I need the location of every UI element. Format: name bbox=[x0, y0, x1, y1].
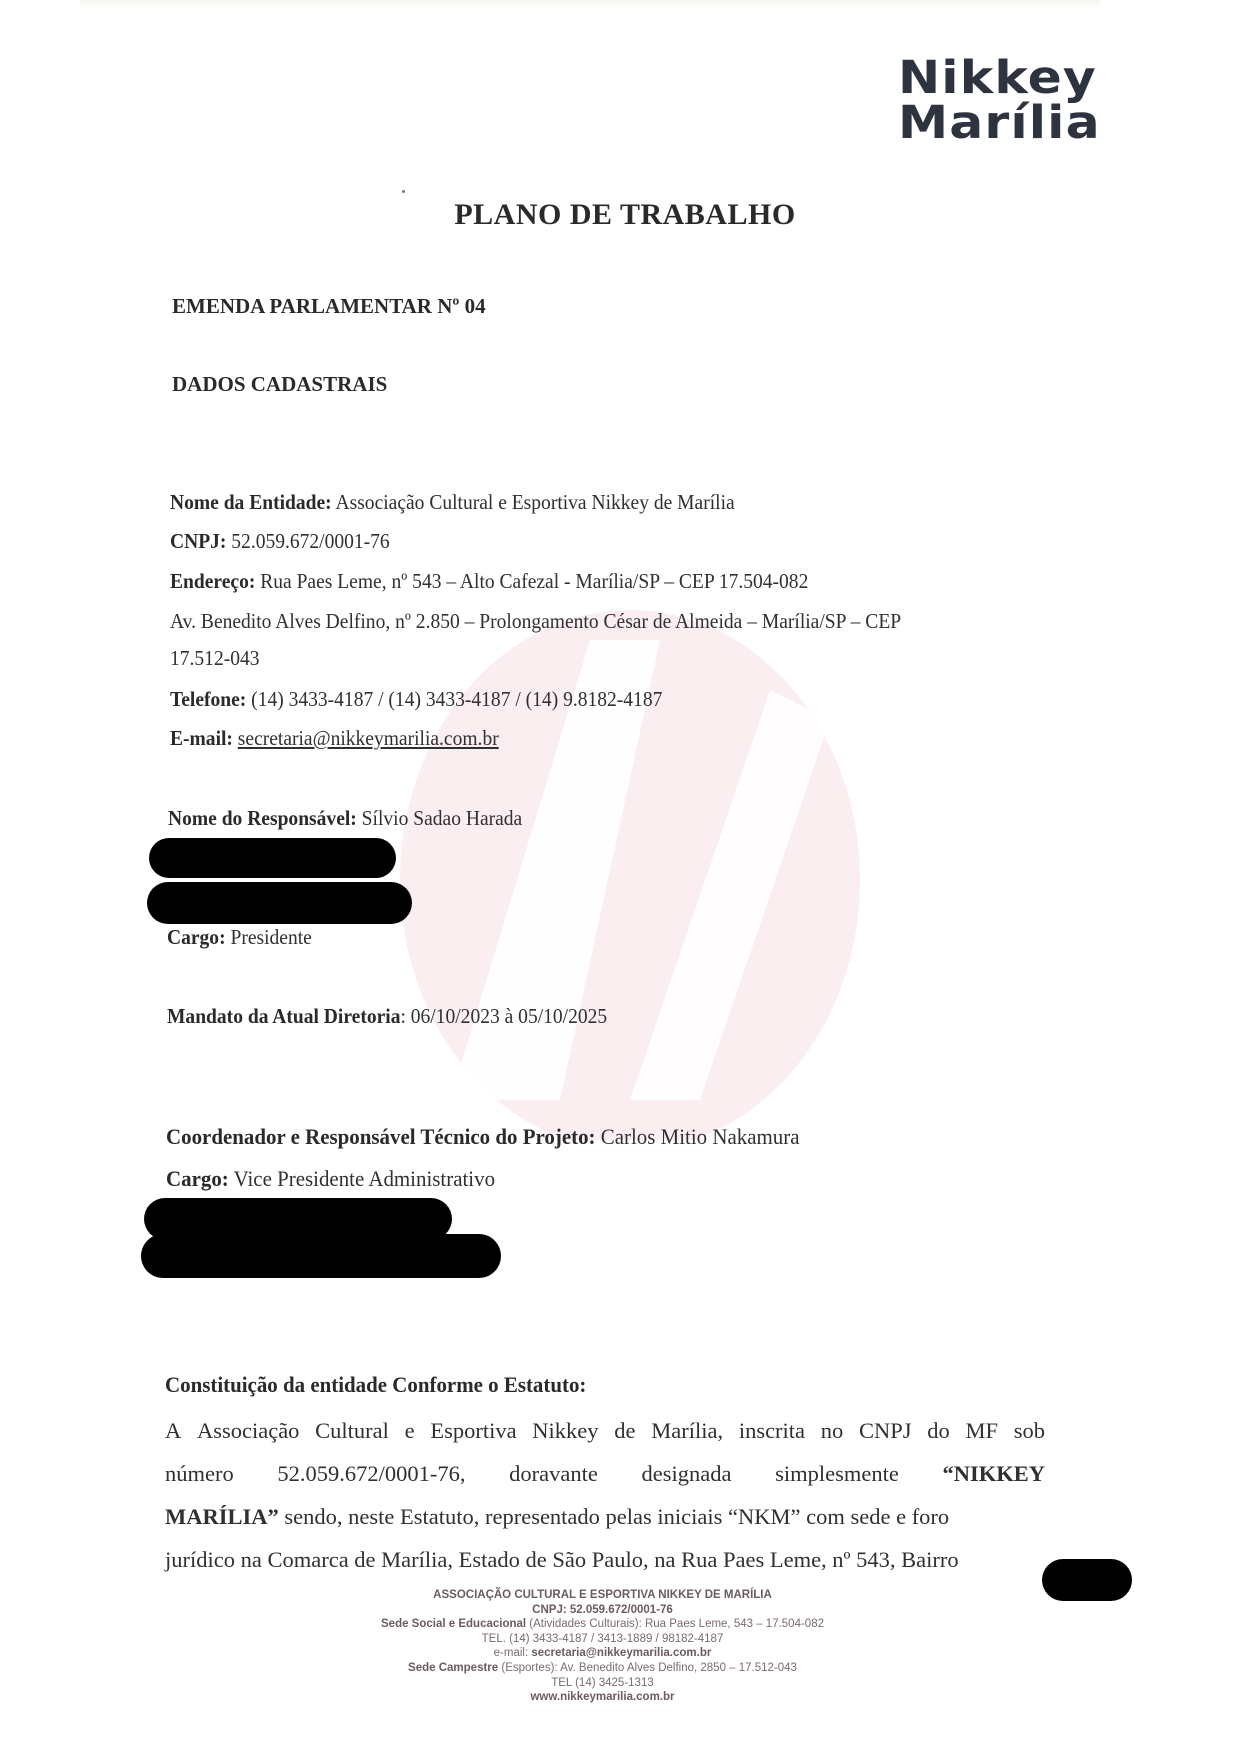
scan-edge-shadow bbox=[80, 0, 1100, 8]
responsible-name-value: Sílvio Sadao Harada bbox=[362, 806, 523, 830]
responsible-role-value: Presidente bbox=[230, 925, 311, 949]
phone-row: Telefone: (14) 3433-4187 / (14) 3433-418… bbox=[170, 687, 699, 712]
paragraph-word: doravante bbox=[509, 1452, 598, 1495]
nikkey-marilia-logo: Nikkey Marília bbox=[898, 55, 1101, 145]
entity-name-value: Associação Cultural e Esportiva Nikkey d… bbox=[335, 490, 734, 514]
paragraph-word: Nikkey bbox=[532, 1409, 598, 1452]
entity-name-row: Nome da Entidade: Associação Cultural e … bbox=[170, 490, 777, 515]
paragraph-word: e bbox=[405, 1409, 415, 1452]
address-row: Endereço: Rua Paes Leme, nº 543 – Alto C… bbox=[170, 569, 856, 594]
registration-heading: DADOS CADASTRAIS bbox=[172, 372, 387, 397]
amendment-heading: EMENDA PARLAMENTAR Nº 04 bbox=[172, 294, 486, 319]
paragraph-word: CNPJ bbox=[859, 1409, 912, 1452]
logo-line-2: Marília bbox=[898, 100, 1101, 145]
address2-line2: 17.512-043 bbox=[170, 646, 260, 671]
paragraph-word: sob bbox=[1014, 1409, 1045, 1452]
footer-email-row: e-mail: secretaria@nikkeymarilia.com.br bbox=[0, 1646, 1205, 1661]
paragraph-line-4-text: jurídico na Comarca de Marília, Estado d… bbox=[165, 1547, 959, 1572]
footer-tel-1: TEL. (14) 3433-4187 / 3413-1889 / 98182-… bbox=[0, 1632, 1205, 1647]
footer-website-link[interactable]: www.nikkeymarilia.com.br bbox=[0, 1690, 1205, 1705]
paragraph-word: MF bbox=[965, 1409, 998, 1452]
redaction-block bbox=[141, 1234, 501, 1278]
cnpj-label: CNPJ: bbox=[170, 529, 226, 553]
constitution-heading: Constituição da entidade Conforme o Esta… bbox=[165, 1372, 618, 1398]
phone-label: Telefone: bbox=[170, 687, 246, 711]
paragraph-word: Esportiva bbox=[430, 1409, 516, 1452]
address-value: Rua Paes Leme, nº 543 – Alto Cafezal - M… bbox=[260, 569, 808, 593]
paragraph-word: Associação bbox=[197, 1409, 299, 1452]
paragraph-word: designada bbox=[642, 1452, 732, 1495]
footer-campestre-detail: (Esportes): Av. Benedito Alves Delfino, … bbox=[498, 1662, 797, 1674]
paragraph-word: 52.059.672/0001-76, bbox=[277, 1452, 465, 1495]
footer-email-prefix: e-mail: bbox=[494, 1647, 532, 1659]
nikkey-watermark-icon bbox=[330, 580, 890, 1140]
constitution-heading-text: Constituição da entidade Conforme o Esta… bbox=[165, 1372, 586, 1397]
footer-campestre-label: Sede Campestre bbox=[408, 1662, 498, 1674]
coordinator-name-value: Carlos Mitio Nakamura bbox=[601, 1124, 800, 1149]
redaction-block bbox=[147, 882, 412, 924]
address2-line1: Av. Benedito Alves Delfino, nº 2.850 – P… bbox=[170, 609, 901, 634]
coordinator-role-label: Cargo: bbox=[166, 1166, 229, 1191]
address2-row-cont: 17.512-043 bbox=[170, 646, 266, 671]
email-row: E-mail: secretaria@nikkeymarilia.com.br bbox=[170, 726, 523, 751]
coordinator-role-value: Vice Presidente Administrativo bbox=[234, 1166, 495, 1191]
constitution-paragraph: AAssociaçãoCulturaleEsportivaNikkeydeMar… bbox=[165, 1409, 1045, 1581]
paragraph-line-3-text: sendo, neste Estatuto, representado pela… bbox=[279, 1504, 949, 1529]
coordinator-role-row: Cargo: Vice Presidente Administrativo bbox=[166, 1166, 520, 1192]
responsible-name-label: Nome do Responsável: bbox=[168, 806, 357, 830]
footer-social-detail: (Atividades Culturais): Rua Paes Leme, 5… bbox=[526, 1618, 824, 1630]
paragraph-word: de bbox=[614, 1409, 635, 1452]
footer-tel-2: TEL (14) 3425-1313 bbox=[0, 1676, 1205, 1691]
scan-speck bbox=[402, 190, 405, 193]
footer-social-address: Sede Social e Educacional (Atividades Cu… bbox=[0, 1617, 1205, 1632]
entity-name-label: Nome da Entidade: bbox=[170, 490, 332, 514]
footer-org-name: ASSOCIAÇÃO CULTURAL E ESPORTIVA NIKKEY D… bbox=[0, 1588, 1205, 1603]
responsible-role-row: Cargo: Presidente bbox=[167, 925, 323, 950]
term-label: Mandato da Atual Diretoria bbox=[167, 1004, 400, 1028]
responsible-name-row: Nome do Responsável: Sílvio Sadao Harada bbox=[168, 806, 549, 831]
paragraph-line-4: jurídico na Comarca de Marília, Estado d… bbox=[165, 1538, 1045, 1581]
coordinator-label: Coordenador e Responsável Técnico do Pro… bbox=[166, 1124, 596, 1149]
cnpj-value: 52.059.672/0001-76 bbox=[231, 529, 389, 553]
paragraph-line-3: MARÍLIA” sendo, neste Estatuto, represen… bbox=[165, 1495, 1045, 1538]
cnpj-row: CNPJ: 52.059.672/0001-76 bbox=[170, 529, 406, 554]
document-page: Nikkey Marília PLANO DE TRABALHO EMENDA … bbox=[0, 0, 1240, 1753]
nikkey-marilia-bold: MARÍLIA” bbox=[165, 1504, 279, 1529]
address-label: Endereço: bbox=[170, 569, 255, 593]
paragraph-word: Marília, bbox=[651, 1409, 723, 1452]
redaction-block bbox=[149, 838, 396, 878]
email-label: E-mail: bbox=[170, 726, 233, 750]
paragraph-word: Cultural bbox=[315, 1409, 389, 1452]
paragraph-word: simplesmente bbox=[775, 1452, 899, 1495]
footer-cnpj: CNPJ: 52.059.672/0001-76 bbox=[0, 1603, 1205, 1618]
paragraph-word: do bbox=[927, 1409, 950, 1452]
letterhead-footer: ASSOCIAÇÃO CULTURAL E ESPORTIVA NIKKEY D… bbox=[0, 1588, 1205, 1705]
phone-value: (14) 3433-4187 / (14) 3433-4187 / (14) 9… bbox=[251, 687, 662, 711]
responsible-role-label: Cargo: bbox=[167, 925, 226, 949]
footer-campestre-address: Sede Campestre (Esportes): Av. Benedito … bbox=[0, 1661, 1205, 1676]
email-link[interactable]: secretaria@nikkeymarilia.com.br bbox=[238, 726, 499, 750]
document-title-text: PLANO DE TRABALHO bbox=[454, 198, 795, 231]
coordinator-row: Coordenador e Responsável Técnico do Pro… bbox=[166, 1124, 847, 1150]
logo-line-1: Nikkey bbox=[898, 55, 1101, 100]
paragraph-word: no bbox=[821, 1409, 844, 1452]
paragraph-word: número bbox=[165, 1452, 234, 1495]
paragraph-word: “NIKKEY bbox=[942, 1452, 1045, 1495]
paragraph-line-2: número52.059.672/0001-76,doravantedesign… bbox=[165, 1452, 1045, 1495]
footer-social-label: Sede Social e Educacional bbox=[381, 1618, 526, 1630]
paragraph-word: inscrita bbox=[739, 1409, 805, 1452]
paragraph-word: A bbox=[165, 1409, 181, 1452]
document-title: PLANO DE TRABALHO bbox=[0, 198, 1240, 232]
footer-email-link[interactable]: secretaria@nikkeymarilia.com.br bbox=[531, 1647, 711, 1659]
term-row: Mandato da Atual Diretoria: 06/10/2023 à… bbox=[167, 1004, 640, 1029]
term-value: : 06/10/2023 à 05/10/2025 bbox=[400, 1004, 607, 1028]
paragraph-line-1: AAssociaçãoCulturaleEsportivaNikkeydeMar… bbox=[165, 1409, 1045, 1452]
address2-row: Av. Benedito Alves Delfino, nº 2.850 – P… bbox=[170, 609, 956, 634]
